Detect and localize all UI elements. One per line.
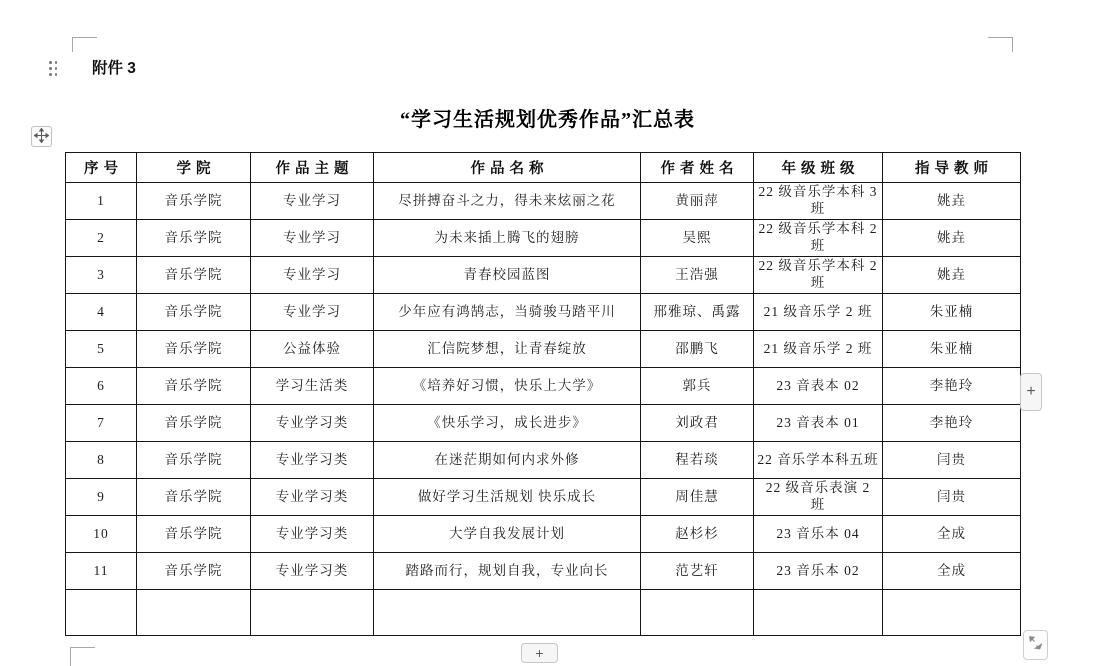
- cell-advisor[interactable]: 闫贵: [883, 442, 1021, 479]
- cell-theme[interactable]: 专业学习: [251, 257, 374, 294]
- cell-college[interactable]: 音乐学院: [137, 368, 251, 405]
- cell-index[interactable]: 8: [66, 442, 137, 479]
- cell-theme[interactable]: 专业学习类: [251, 442, 374, 479]
- header-row: 序号 学院 作品主题 作品名称 作者姓名 年级班级 指导教师: [66, 153, 1021, 183]
- cell-author[interactable]: 王浩强: [641, 257, 754, 294]
- cell-advisor[interactable]: 朱亚楠: [883, 294, 1021, 331]
- cell-index[interactable]: [66, 590, 137, 636]
- cell-title[interactable]: 做好学习生活规划 快乐成长: [374, 479, 641, 516]
- cell-theme[interactable]: 专业学习类: [251, 479, 374, 516]
- cell-class[interactable]: 22 级音乐学本科 3 班: [754, 183, 883, 220]
- column-header-college[interactable]: 学院: [137, 153, 251, 183]
- cell-advisor[interactable]: 李艳玲: [883, 405, 1021, 442]
- table-row: 11 音乐学院 专业学习类 踏路而行，规划自我，专业向长 范艺轩 23 音乐本 …: [66, 553, 1021, 590]
- table-row: 7 音乐学院 专业学习类 《快乐学习，成长进步》 刘政君 23 音表本 01 李…: [66, 405, 1021, 442]
- resize-table-button[interactable]: [1023, 630, 1048, 660]
- table-row: 1 音乐学院 专业学习 尽拼搏奋斗之力，得未来炫丽之花 黄丽萍 22 级音乐学本…: [66, 183, 1021, 220]
- cell-author[interactable]: 范艺轩: [641, 553, 754, 590]
- margin-crop-mark-bottom-left: [70, 647, 95, 666]
- cell-advisor[interactable]: 全成: [883, 553, 1021, 590]
- cell-index[interactable]: 6: [66, 368, 137, 405]
- cell-theme[interactable]: 专业学习类: [251, 516, 374, 553]
- cell-title[interactable]: 青春校园蓝图: [374, 257, 641, 294]
- margin-crop-mark-top-left: [72, 37, 97, 52]
- cell-college[interactable]: 音乐学院: [137, 442, 251, 479]
- cell-title[interactable]: 汇信院梦想，让青春绽放: [374, 331, 641, 368]
- cell-index[interactable]: 11: [66, 553, 137, 590]
- table-row: 3 音乐学院 专业学习 青春校园蓝图 王浩强 22 级音乐学本科 2 班 姚垚: [66, 257, 1021, 294]
- cell-author[interactable]: 周佳慧: [641, 479, 754, 516]
- cell-college[interactable]: 音乐学院: [137, 331, 251, 368]
- cell-class[interactable]: 22 音乐学本科五班: [754, 442, 883, 479]
- cell-class[interactable]: 22 级音乐学本科 2 班: [754, 220, 883, 257]
- cell-index[interactable]: 1: [66, 183, 137, 220]
- table-row: 10 音乐学院 专业学习类 大学自我发展计划 赵杉杉 23 音乐本 04 全成: [66, 516, 1021, 553]
- cell-class[interactable]: 23 音表本 01: [754, 405, 883, 442]
- cell-theme[interactable]: 专业学习: [251, 183, 374, 220]
- cell-author[interactable]: 刘政君: [641, 405, 754, 442]
- cell-class[interactable]: 23 音表本 02: [754, 368, 883, 405]
- cell-class[interactable]: 23 音乐本 02: [754, 553, 883, 590]
- table-row: 6 音乐学院 学习生活类 《培养好习惯，快乐上大学》 郭兵 23 音表本 02 …: [66, 368, 1021, 405]
- cell-class[interactable]: 22 级音乐表演 2 班: [754, 479, 883, 516]
- cell-index[interactable]: 2: [66, 220, 137, 257]
- cell-advisor[interactable]: 李艳玲: [883, 368, 1021, 405]
- cell-title[interactable]: 踏路而行，规划自我，专业向长: [374, 553, 641, 590]
- table-move-handle[interactable]: [31, 126, 52, 147]
- margin-crop-mark-top-right: [988, 37, 1013, 52]
- column-header-index[interactable]: 序号: [66, 153, 137, 183]
- table-row-empty: [66, 590, 1021, 636]
- cell-title[interactable]: [374, 590, 641, 636]
- column-header-advisor[interactable]: 指导教师: [883, 153, 1021, 183]
- cell-theme[interactable]: [251, 590, 374, 636]
- column-header-author[interactable]: 作者姓名: [641, 153, 754, 183]
- cell-advisor[interactable]: 闫贵: [883, 479, 1021, 516]
- cell-college[interactable]: 音乐学院: [137, 479, 251, 516]
- table-row: 4 音乐学院 专业学习 少年应有鸿鹄志，当骑骏马踏平川 邢雅琼、禹露 21 级音…: [66, 294, 1021, 331]
- cell-advisor[interactable]: 姚垚: [883, 220, 1021, 257]
- cell-title[interactable]: 为未来插上腾飞的翅膀: [374, 220, 641, 257]
- move-table-icon: [34, 128, 49, 146]
- plus-icon: +: [535, 645, 543, 661]
- cell-author[interactable]: 赵杉杉: [641, 516, 754, 553]
- cell-college[interactable]: 音乐学院: [137, 553, 251, 590]
- cell-title[interactable]: 《培养好习惯，快乐上大学》: [374, 368, 641, 405]
- cell-college[interactable]: [137, 590, 251, 636]
- cell-college[interactable]: 音乐学院: [137, 516, 251, 553]
- document-title: “学习生活规划优秀作品”汇总表: [0, 103, 1095, 132]
- cell-theme[interactable]: 学习生活类: [251, 368, 374, 405]
- cell-theme[interactable]: 专业学习: [251, 220, 374, 257]
- resize-diagonal-icon: [1028, 635, 1043, 655]
- cell-index[interactable]: 3: [66, 257, 137, 294]
- cell-advisor[interactable]: 朱亚楠: [883, 331, 1021, 368]
- cell-advisor[interactable]: 姚垚: [883, 183, 1021, 220]
- cell-theme[interactable]: 专业学习类: [251, 553, 374, 590]
- cell-title[interactable]: 少年应有鸿鹄志，当骑骏马踏平川: [374, 294, 641, 331]
- cell-author[interactable]: 邢雅琼、禹露: [641, 294, 754, 331]
- cell-author[interactable]: 程若琰: [641, 442, 754, 479]
- cell-author[interactable]: 黄丽萍: [641, 183, 754, 220]
- cell-index[interactable]: 4: [66, 294, 137, 331]
- cell-author[interactable]: 郭兵: [641, 368, 754, 405]
- cell-class[interactable]: 22 级音乐学本科 2 班: [754, 257, 883, 294]
- cell-title[interactable]: 大学自我发展计划: [374, 516, 641, 553]
- cell-college[interactable]: 音乐学院: [137, 294, 251, 331]
- cell-index[interactable]: 7: [66, 405, 137, 442]
- column-header-theme[interactable]: 作品主题: [251, 153, 374, 183]
- column-header-title[interactable]: 作品名称: [374, 153, 641, 183]
- summary-table: 序号 学院 作品主题 作品名称 作者姓名 年级班级 指导教师 1 音乐学院 专业…: [65, 152, 1021, 636]
- table-row: 5 音乐学院 公益体验 汇信院梦想，让青春绽放 邵鹏飞 21 级音乐学 2 班 …: [66, 331, 1021, 368]
- cell-advisor[interactable]: 全成: [883, 516, 1021, 553]
- cell-theme[interactable]: 专业学习类: [251, 405, 374, 442]
- cell-college[interactable]: 音乐学院: [137, 220, 251, 257]
- add-row-button[interactable]: +: [521, 643, 558, 663]
- cell-title[interactable]: 尽拼搏奋斗之力，得未来炫丽之花: [374, 183, 641, 220]
- cell-author[interactable]: [641, 590, 754, 636]
- cell-index[interactable]: 10: [66, 516, 137, 553]
- cell-class[interactable]: 23 音乐本 04: [754, 516, 883, 553]
- cell-college[interactable]: 音乐学院: [137, 405, 251, 442]
- paragraph-drag-handle-icon[interactable]: [49, 61, 58, 77]
- cell-title[interactable]: 《快乐学习，成长进步》: [374, 405, 641, 442]
- table-row: 8 音乐学院 专业学习类 在迷茫期如何内求外修 程若琰 22 音乐学本科五班 闫…: [66, 442, 1021, 479]
- cell-index[interactable]: 5: [66, 331, 137, 368]
- cell-theme[interactable]: 专业学习: [251, 294, 374, 331]
- cell-class[interactable]: 21 级音乐学 2 班: [754, 331, 883, 368]
- plus-icon: +: [1026, 383, 1035, 401]
- cell-title[interactable]: 在迷茫期如何内求外修: [374, 442, 641, 479]
- cell-theme[interactable]: 公益体验: [251, 331, 374, 368]
- cell-college[interactable]: 音乐学院: [137, 257, 251, 294]
- cell-advisor[interactable]: 姚垚: [883, 257, 1021, 294]
- cell-class[interactable]: 21 级音乐学 2 班: [754, 294, 883, 331]
- cell-class[interactable]: [754, 590, 883, 636]
- cell-college[interactable]: 音乐学院: [137, 183, 251, 220]
- column-header-class[interactable]: 年级班级: [754, 153, 883, 183]
- cell-author[interactable]: 吴熙: [641, 220, 754, 257]
- cell-index[interactable]: 9: [66, 479, 137, 516]
- table-row: 9 音乐学院 专业学习类 做好学习生活规划 快乐成长 周佳慧 22 级音乐表演 …: [66, 479, 1021, 516]
- cell-author[interactable]: 邵鹏飞: [641, 331, 754, 368]
- table-row: 2 音乐学院 专业学习 为未来插上腾飞的翅膀 吴熙 22 级音乐学本科 2 班 …: [66, 220, 1021, 257]
- cell-advisor[interactable]: [883, 590, 1021, 636]
- attachment-label: 附件 3: [92, 56, 136, 78]
- add-column-button[interactable]: +: [1020, 373, 1042, 411]
